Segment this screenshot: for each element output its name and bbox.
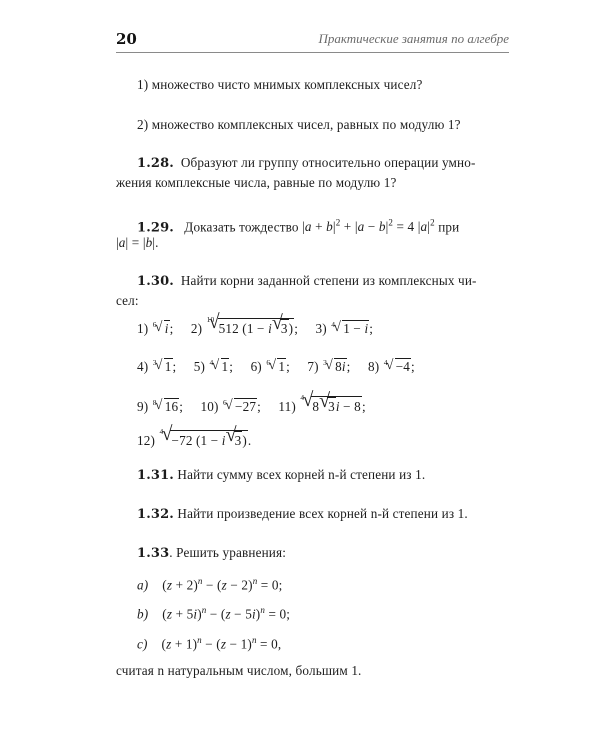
roots-row-4: 12) 4√−72 (1 − i√3).: [137, 430, 251, 450]
root-expression: 4√−72 (1 − i√3): [159, 430, 247, 450]
root-expression: 3√8i: [323, 358, 347, 376]
problem-number: 1.28.: [137, 156, 174, 171]
root-expression: 6√1: [266, 358, 286, 376]
problem-text: Найти сумму всех корней n-й степени из 1…: [177, 467, 425, 482]
root-expression: 4√8√3i − 8: [300, 396, 362, 416]
root-expression: 4√1: [210, 358, 230, 376]
running-title: Практические занятия по алгебре: [319, 31, 510, 47]
problem-1-31: 1.31. Найти сумму всех корней n-й степен…: [137, 466, 425, 485]
roots-row-1: 1) 6√i; 2) 10√512 (1 − i√3); 3) 4√1 − i;: [137, 318, 373, 338]
problem-1-30-line1: 1.30. Найти корни заданной степени из ко…: [137, 272, 477, 291]
root-expression: 10√512 (1 − i√3): [207, 318, 295, 338]
root-expression: 8√16: [153, 398, 180, 416]
problem-1-29-line1: 1.29. Доказать тождество |a + b|2 + |a −…: [137, 214, 459, 237]
root-expression: 6√−27: [223, 398, 257, 416]
problem-1-32: 1.32. Найти произведение всех корней n-й…: [137, 505, 468, 524]
problem-number: 1.33: [137, 546, 169, 561]
problem-text: Найти произведение всех корней n-й степе…: [177, 506, 467, 521]
problem-1-30-line2: сел:: [116, 292, 139, 310]
book-page: 20 Практические занятия по алгебре 1) мн…: [0, 0, 600, 750]
roots-row-3: 9) 8√16; 10) 6√−27; 11) 4√8√3i − 8;: [137, 396, 366, 416]
problem-1-33: 1.33. Решить уравнения:: [137, 544, 286, 563]
problem-text: Образуют ли группу относительно операции…: [181, 155, 476, 170]
page-number: 20: [116, 30, 137, 48]
problem-text: Доказать тождество: [184, 219, 298, 234]
problem-text: Найти корни заданной степени из комплекс…: [181, 273, 477, 288]
equation-b: b)(z + 5i)n − (z − 5i)n = 0;: [137, 601, 290, 623]
root-expression: 3√1: [153, 358, 173, 376]
root-expression: 4√1 − i: [331, 320, 369, 338]
root-expression: 6√i: [153, 320, 170, 338]
problem-text-after: при: [438, 219, 459, 234]
root-expression: 4√−4: [384, 358, 411, 376]
problem-number: 1.32.: [137, 507, 174, 522]
problem-number: 1.31.: [137, 468, 174, 483]
roots-row-2: 4) 3√1; 5) 4√1; 6) 6√1; 7) 3√8i; 8) 4√−4…: [137, 358, 415, 376]
problem-1-28-line1: 1.28. Образуют ли группу относительно оп…: [137, 154, 476, 173]
problem-1-28-line2: жения комплексные числа, равные по модул…: [116, 174, 397, 192]
identity-formula: |a + b|2 + |a − b|2 = 4 |a|2: [302, 219, 435, 234]
problem-1-33-closing: считая n натуральным числом, большим 1.: [116, 662, 362, 680]
equation-c: c)(z + 1)n − (z − 1)n = 0,: [137, 631, 281, 653]
list-item-1: 1) множество чисто мнимых комплексных чи…: [137, 76, 423, 94]
page-header: 20 Практические занятия по алгебре: [116, 30, 509, 53]
problem-text: . Решить уравнения:: [169, 545, 286, 560]
problem-1-29-condition: |a| = |b|.: [116, 234, 159, 252]
problem-number: 1.30.: [137, 274, 174, 289]
list-item-2: 2) множество комплексных чисел, равных п…: [137, 116, 461, 134]
equation-a: a)(z + 2)n − (z − 2)n = 0;: [137, 572, 282, 594]
